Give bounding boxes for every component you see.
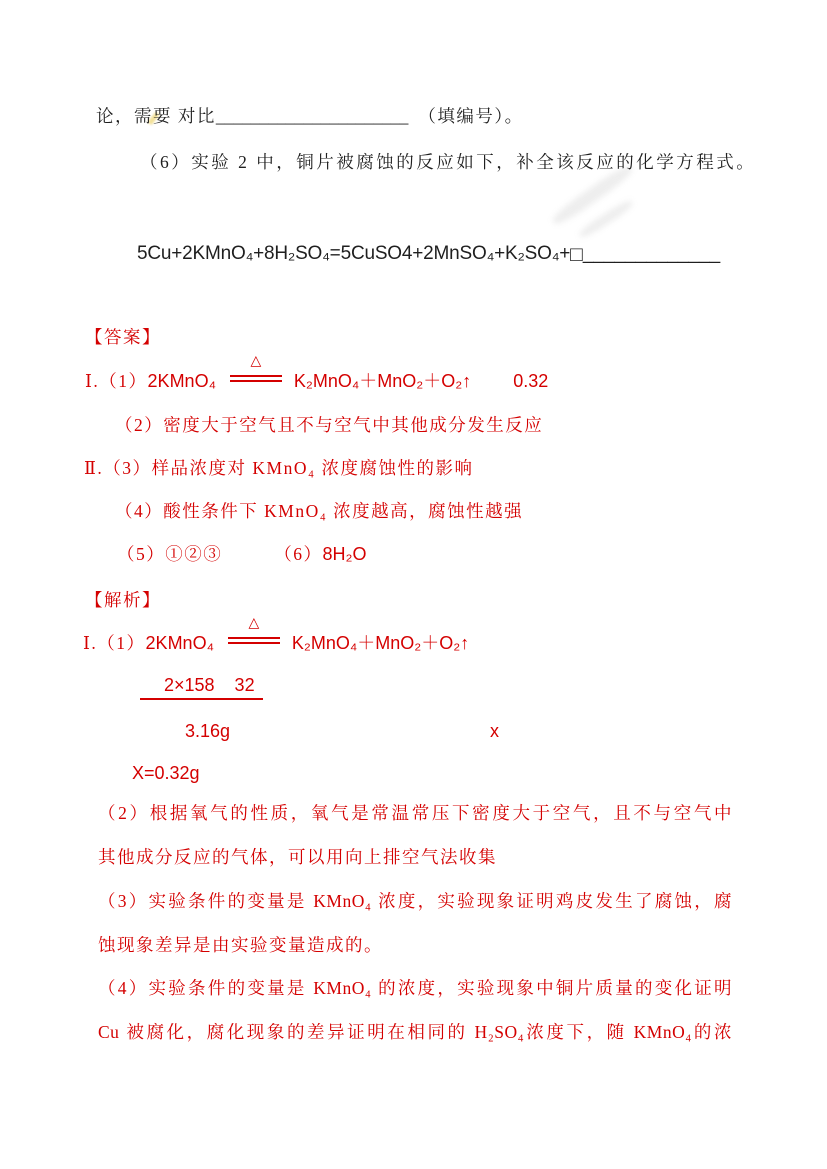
step-1-equation-lhs: 2KMnO₄ — [146, 633, 214, 653]
question-line-1-suffix: （填编号）。 — [418, 106, 523, 126]
answer-item-3: Ⅱ.（3）样品浓度对 KMnO₄ 浓度腐蚀性的影响 — [84, 457, 473, 481]
question-line-1-text: 论，需要 对比 — [96, 106, 216, 126]
document-page: 论，需要 对比______________________（填编号）。 （6）实… — [0, 0, 827, 1169]
question-line-1: 论，需要 对比______________________（填编号）。 — [96, 105, 524, 129]
para-4-line-2-text: Cu 被腐化，腐化现象的差异证明在相同的 H₂SO₄浓度下，随 KMnO₄的浓 — [98, 1022, 732, 1042]
analysis-para-3-line-2: 蚀现象差异是由实验变量造成的。 — [98, 934, 383, 958]
delta-symbol: △ — [251, 355, 262, 369]
answer-box-placeholder: □ — [570, 243, 583, 266]
delta-symbol: △ — [249, 617, 260, 631]
item-3-text: Ⅱ.（3）样品浓度对 KMnO₄ 浓度腐蚀性的影响 — [84, 458, 473, 478]
molar-ratio-line: 2×158 32 — [140, 673, 263, 697]
step-1-equation-rhs: K₂MnO₄＋MnO₂＋O₂↑ — [292, 633, 469, 653]
answer-header-text: 【答案】 — [85, 327, 161, 347]
analysis-header: 【解析】 — [85, 589, 161, 613]
item-5-label: （5） — [117, 544, 165, 564]
item-1-equation-lhs: 2KMnO₄ — [148, 371, 216, 391]
mass-given-value: 3.16g — [185, 721, 230, 741]
item-6-label: （6） — [274, 544, 322, 564]
answer-items-5-6: （5）①②③（6）8H₂O — [117, 542, 367, 567]
fill-in-blank: ______________________ — [216, 106, 409, 126]
mass-unknown: x — [490, 719, 499, 743]
solution-result: X=0.32g — [132, 761, 200, 785]
item-4-text: （4）酸性条件下 KMnO₄ 浓度越高，腐蚀性越强 — [115, 501, 523, 521]
answer-item-4: （4）酸性条件下 KMnO₄ 浓度越高，腐蚀性越强 — [115, 500, 523, 524]
question-line-2: （6）实验 2 中，铜片被腐蚀的反应如下，补全该反应的化学方程式。 — [140, 151, 756, 175]
double-line — [228, 637, 280, 644]
question-line-2-text: （6）实验 2 中，铜片被腐蚀的反应如下，补全该反应的化学方程式。 — [140, 152, 756, 172]
item-6-value: 8H₂O — [323, 544, 367, 564]
molar-ratio-values: 2×158 32 — [140, 675, 263, 700]
equation-text: 5Cu+2KMnO₄+8H₂SO₄=5CuSO4+2MnSO₄+K₂SO₄+ — [137, 243, 570, 264]
item-1-equation-rhs: K₂MnO₄＋MnO₂＋O₂↑ — [294, 371, 471, 391]
answer-item-2: （2）密度大于空气且不与空气中其他成分发生反应 — [115, 414, 543, 438]
answer-item-1: Ⅰ.（1）2KMnO₄△K₂MnO₄＋MnO₂＋O₂↑0.32 — [85, 369, 548, 394]
analysis-para-2-line-1: （2）根据氧气的性质，氧气是常温常压下密度大于空气，且不与空气中 — [98, 802, 732, 826]
item-1-label: Ⅰ.（1） — [85, 371, 148, 391]
item-5-value: ①②③ — [165, 544, 222, 564]
item-1-value: 0.32 — [513, 371, 548, 391]
para-3-line-2-text: 蚀现象差异是由实验变量造成的。 — [98, 935, 383, 955]
mass-unknown-value: x — [490, 721, 499, 741]
equation-blank: _____________ — [583, 243, 720, 264]
solution-result-value: X=0.32g — [132, 763, 200, 783]
para-3-line-1-text: （3）实验条件的变量是 KMnO₄ 浓度，实验现象证明鸡皮发生了腐蚀，腐 — [98, 891, 732, 911]
reaction-condition-arrow: △ — [228, 637, 280, 644]
item-2-text: （2）密度大于空气且不与空气中其他成分发生反应 — [115, 415, 543, 435]
analysis-step-1: Ⅰ.（1）2KMnO₄△K₂MnO₄＋MnO₂＋O₂↑ — [83, 631, 469, 656]
answer-header: 【答案】 — [85, 326, 161, 350]
para-2-line-2-text: 其他成分反应的气体，可以用向上排空气法收集 — [98, 847, 497, 867]
step-1-label: Ⅰ.（1） — [83, 633, 146, 653]
analysis-header-text: 【解析】 — [85, 590, 161, 610]
para-4-line-1-text: （4）实验条件的变量是 KMnO₄ 的浓度，实验现象中铜片质量的变化证明 — [98, 978, 732, 998]
mass-given: 3.16g — [185, 719, 230, 743]
analysis-para-4-line-2: Cu 被腐化，腐化现象的差异证明在相同的 H₂SO₄浓度下，随 KMnO₄的浓 — [98, 1021, 732, 1045]
para-2-line-1-text: （2）根据氧气的性质，氧气是常温常压下密度大于空气，且不与空气中 — [98, 803, 732, 823]
double-line — [230, 375, 282, 382]
chemical-equation: 5Cu+2KMnO₄+8H₂SO₄=5CuSO4+2MnSO₄+K₂SO₄+□_… — [137, 241, 720, 269]
reaction-condition-arrow: △ — [230, 375, 282, 382]
analysis-para-3-line-1: （3）实验条件的变量是 KMnO₄ 浓度，实验现象证明鸡皮发生了腐蚀，腐 — [98, 890, 732, 914]
analysis-para-4-line-1: （4）实验条件的变量是 KMnO₄ 的浓度，实验现象中铜片质量的变化证明 — [98, 977, 732, 1001]
analysis-para-2-line-2: 其他成分反应的气体，可以用向上排空气法收集 — [98, 846, 497, 870]
